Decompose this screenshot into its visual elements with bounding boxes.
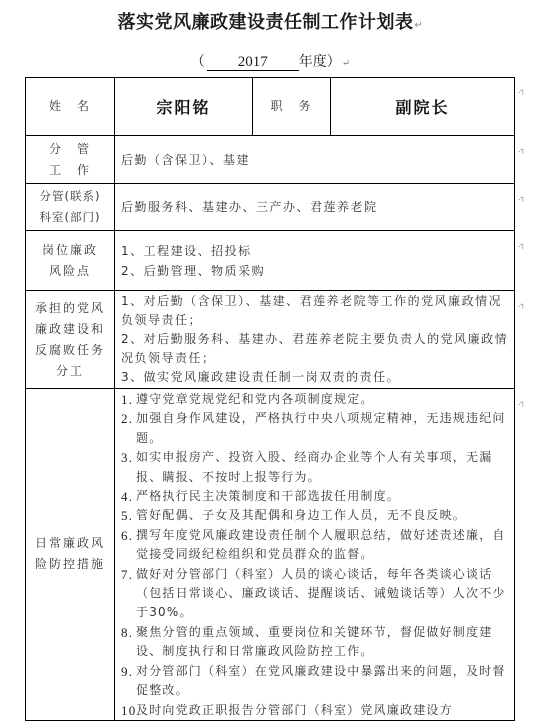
table-row-measures: 日常廉政风 险防控措施 1.遵守党章党规党纪和党内各项制度规定。 2.加强自身作…	[26, 389, 515, 721]
measure-text: 聚焦分管的重点领域、重要岗位和关键环节，督促做好制度建设、制度执行和日常廉政风险…	[136, 623, 510, 662]
risk-value[interactable]: 1、工程建设、招投标 2、后勤管理、物质采购	[115, 231, 515, 291]
duty-label-line: 承担的党风	[26, 298, 114, 319]
measure-number: 7.	[121, 565, 136, 623]
measures-label: 日常廉政风 险防控措施	[26, 389, 115, 721]
work-label: 分 管 工 作	[26, 136, 115, 184]
name-label: 姓 名	[26, 78, 115, 136]
measure-item: 1.遵守党章党规党纪和党内各项制度规定。	[121, 390, 510, 409]
measure-number: 6.	[121, 526, 136, 565]
measure-item: 3.如实申报房产、投资入股、经商办企业等个人有关事项，无漏报、瞒报、不按时上报等…	[121, 448, 510, 487]
year-field[interactable]: 2017	[207, 54, 299, 71]
measure-item: 10.及时向党政正职报告分管部门（科室）党风廉政建设方	[121, 701, 510, 720]
paragraph-mark-icon: ↵	[415, 20, 424, 31]
measure-item: 8.聚焦分管的重点领域、重要岗位和关键环节，督促做好制度建设、制度执行和日常廉政…	[121, 623, 510, 662]
risk-label: 岗位廉政 风险点	[26, 231, 115, 291]
measure-number: 8.	[121, 623, 136, 662]
work-value[interactable]: 后勤（含保卫）、基建	[115, 136, 515, 184]
table-row-work: 分 管 工 作 后勤（含保卫）、基建	[26, 136, 515, 184]
measure-item: 2.加强自身作风建设，严格执行中央八项规定精神，无违规违纪问题。	[121, 409, 510, 448]
duty-label-line: 廉政建设和	[26, 319, 114, 340]
row-end-mark-icon: .┐	[518, 300, 525, 309]
document-title: 落实党风廉政建设责任制工作计划表↵	[0, 8, 541, 34]
dept-label: 分管(联系) 科室(部门)	[26, 184, 115, 231]
row-end-mark-icon: .┐	[518, 86, 525, 95]
measure-text: 及时向党政正职报告分管部门（科室）党风廉政建设方	[136, 701, 510, 720]
position-value[interactable]: 副院长	[331, 78, 515, 136]
duty-item: 3、做实党风廉政建设责任制一岗双责的责任。	[121, 368, 510, 387]
duty-label: 承担的党风 廉政建设和 反腐败任务 分工	[26, 291, 115, 389]
duty-item: 2、对后勤服务科、基建办、君莲养老院主要负责人的党风廉政情况负领导责任；	[121, 330, 510, 368]
work-label-line: 分 管	[26, 139, 114, 160]
paragraph-mark-icon: ↵	[342, 58, 350, 69]
measure-item: 5.管好配偶、子女及其配偶和身边工作人员，无不良反映。	[121, 506, 510, 525]
duty-label-line: 分工	[26, 361, 114, 382]
measures-label-line: 险防控措施	[26, 554, 114, 575]
row-end-mark-icon: .┐	[518, 193, 525, 202]
measures-label-line: 日常廉政风	[26, 533, 114, 554]
dept-label-line: 科室(部门)	[26, 207, 114, 228]
responsibility-table: 姓 名 宗阳铭 职 务 副院长 分 管 工 作 后勤（含保卫）、基建 分管(联系…	[25, 77, 515, 721]
row-end-mark-icon: .┐	[518, 240, 525, 249]
table-row-risk: 岗位廉政 风险点 1、工程建设、招投标 2、后勤管理、物质采购	[26, 231, 515, 291]
table-row-name: 姓 名 宗阳铭 职 务 副院长	[26, 78, 515, 136]
name-value[interactable]: 宗阳铭	[115, 78, 253, 136]
measure-number: 10.	[121, 701, 136, 720]
table-row-dept: 分管(联系) 科室(部门) 后勤服务科、基建办、三产办、君莲养老院	[26, 184, 515, 231]
row-end-mark-icon: .┐	[518, 145, 525, 154]
table-row-duty: 承担的党风 廉政建设和 反腐败任务 分工 1、对后勤（含保卫）、基建、君莲养老院…	[26, 291, 515, 389]
measure-item: 6.撰写年度党风廉政建设责任制个人履职总结，做好述责述廉，自觉接受同级纪检组织和…	[121, 526, 510, 565]
measure-text: 做好对分管部门（科室）人员的谈心谈话，每年各类谈心谈话（包括日常谈心、廉政谈话、…	[136, 565, 510, 623]
measure-item: 7.做好对分管部门（科室）人员的谈心谈话，每年各类谈心谈话（包括日常谈心、廉政谈…	[121, 565, 510, 623]
year-line: （2017年度）↵	[0, 51, 541, 71]
row-end-mark-icon: .┐	[518, 398, 525, 407]
risk-label-line: 岗位廉政	[26, 240, 114, 261]
risk-item: 2、后勤管理、物质采购	[121, 261, 514, 281]
duty-item: 1、对后勤（含保卫）、基建、君莲养老院等工作的党风廉政情况负领导责任；	[121, 292, 510, 330]
measure-text: 撰写年度党风廉政建设责任制个人履职总结，做好述责述廉，自觉接受同级纪检组织和党员…	[136, 526, 510, 565]
measure-number: 9.	[121, 662, 136, 701]
dept-value[interactable]: 后勤服务科、基建办、三产办、君莲养老院	[115, 184, 515, 231]
measure-number: 4.	[121, 487, 136, 506]
measure-number: 3.	[121, 448, 136, 487]
title-text: 落实党风廉政建设责任制工作计划表	[118, 12, 414, 33]
risk-item: 1、工程建设、招投标	[121, 241, 514, 261]
measure-text: 对分管部门（科室）在党风廉政建设中暴露出来的问题，及时督促整改。	[136, 662, 510, 701]
measure-text: 加强自身作风建设，严格执行中央八项规定精神，无违规违纪问题。	[136, 409, 510, 448]
measure-text: 遵守党章党规党纪和党内各项制度规定。	[136, 390, 510, 409]
measure-text: 严格执行民主决策制度和干部选拔任用制度。	[136, 487, 510, 506]
measure-number: 2.	[121, 409, 136, 448]
duty-label-line: 反腐败任务	[26, 340, 114, 361]
measure-text: 管好配偶、子女及其配偶和身边工作人员，无不良反映。	[136, 506, 510, 525]
position-label: 职 务	[253, 78, 331, 136]
dept-label-line: 分管(联系)	[26, 186, 114, 207]
measure-item: 9.对分管部门（科室）在党风廉政建设中暴露出来的问题，及时督促整改。	[121, 662, 510, 701]
work-label-line: 工 作	[26, 160, 114, 181]
risk-label-line: 风险点	[26, 261, 114, 282]
measure-text: 如实申报房产、投资入股、经商办企业等个人有关事项，无漏报、瞒报、不按时上报等行为…	[136, 448, 510, 487]
year-suffix: 年度）	[299, 54, 341, 70]
measures-list[interactable]: 1.遵守党章党规党纪和党内各项制度规定。 2.加强自身作风建设，严格执行中央八项…	[115, 389, 515, 721]
duty-value[interactable]: 1、对后勤（含保卫）、基建、君莲养老院等工作的党风廉政情况负领导责任； 2、对后…	[115, 291, 515, 389]
measure-number: 1.	[121, 390, 136, 409]
year-prefix: （	[191, 54, 205, 70]
measure-number: 5.	[121, 506, 136, 525]
measure-item: 4.严格执行民主决策制度和干部选拔任用制度。	[121, 487, 510, 506]
